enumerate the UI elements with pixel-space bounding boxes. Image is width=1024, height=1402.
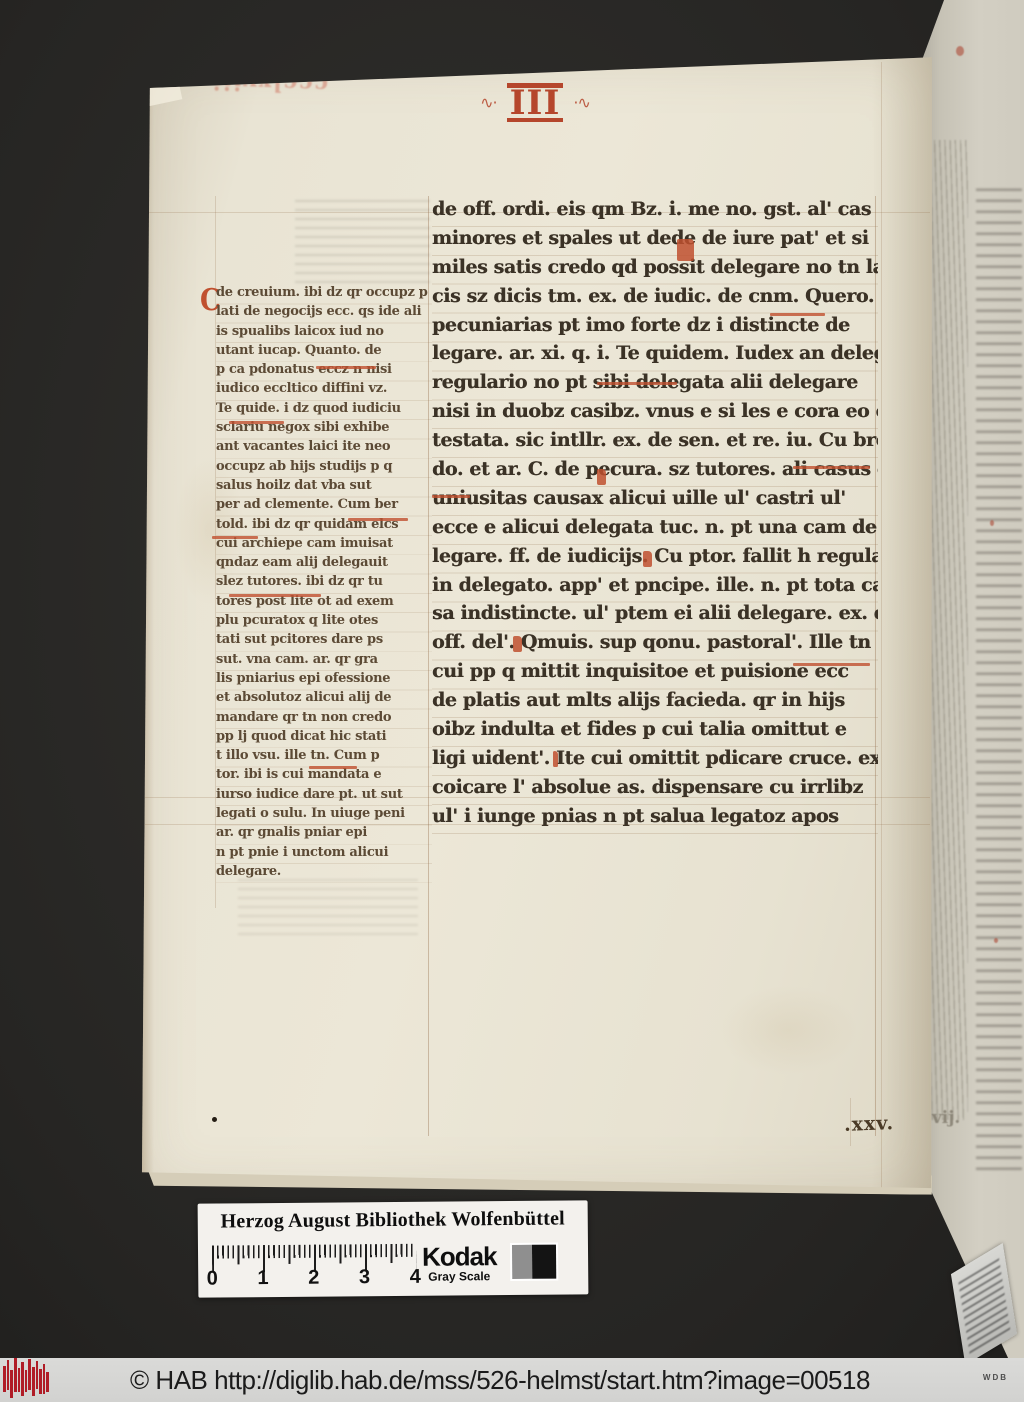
main-text-line: minores et spales ut dede de iure pat' e… <box>432 227 878 256</box>
kodak-brand-label: Kodak <box>422 1241 497 1273</box>
pilcrow-mark <box>597 469 606 485</box>
page-left-edge <box>138 75 154 1185</box>
rubric-underline <box>212 536 258 539</box>
show-through-text <box>238 877 418 935</box>
parchment-stain <box>718 985 858 1075</box>
main-text-line: ul' i iunge pnias n pt salua legatoz apo… <box>432 805 878 834</box>
hab-scale-card: Herzog August Bibliothek Wolfenbüttel 01… <box>198 1200 589 1297</box>
rubric-underline <box>229 594 321 597</box>
gloss-line: lis pniarius epi ofessione <box>216 671 432 690</box>
rubric-underline <box>316 366 376 369</box>
rubric-underline <box>229 421 284 424</box>
rubric-underline <box>597 382 677 385</box>
black-swatch <box>532 1245 556 1279</box>
facing-page-text-column <box>976 180 1022 1170</box>
worm-hole <box>212 1117 217 1122</box>
ruler-numbers: 01234 <box>204 1266 423 1291</box>
page-heading: ∿·III·∿ <box>138 83 932 122</box>
angled-card-text-blur <box>958 1254 1011 1354</box>
gloss-line: qndaz eam alij delegauit <box>216 555 432 574</box>
gloss-column: de creuium. ibi dz qr occupz plati de ne… <box>216 285 432 883</box>
main-text-line: cis sz dicis tm. ex. de iudic. de cnm. Q… <box>432 285 878 314</box>
gloss-line: ar. qr gnalis pniar epi <box>216 825 432 844</box>
main-text-column: de off. ordi. eis qm Bz. i. me no. gst. … <box>432 198 878 834</box>
main-text-line: ecce e alicui delegata tuc. n. pt una ca… <box>432 516 878 545</box>
main-text-line: legare. ar. xi. q. i. Te quidem. Iudex a… <box>432 342 878 371</box>
gloss-line: cui archiepe cam imuisat <box>216 536 432 555</box>
red-ink-speck <box>994 938 998 943</box>
ruler-number: 1 <box>255 1267 271 1290</box>
photo-stage: .vij. ccclxviij ∿·III·∿ C de creu <box>0 0 1024 1402</box>
library-name: Herzog August Bibliothek Wolfenbüttel <box>198 1207 588 1233</box>
pilcrow-mark <box>553 751 558 767</box>
rubric-underline <box>309 766 357 769</box>
gloss-line: plu pcuratox q lite otes <box>216 613 432 632</box>
main-text-line: regulario no pt sibi delegata alii deleg… <box>432 371 878 400</box>
main-text-line: ligi uident'. Ite cui omittit pdicare cr… <box>432 747 878 776</box>
gloss-line: utant iucap. Quanto. de <box>216 343 432 362</box>
rubric-underline <box>793 466 870 469</box>
heading-flourish-right: ·∿ <box>573 93 590 112</box>
gloss-line: lati de negocijs ecc. qs ide ali <box>216 304 432 323</box>
pilcrow-mark <box>513 636 522 652</box>
ruler-number: 0 <box>204 1268 220 1291</box>
gloss-line: Te quide. i dz quod iudiciu <box>216 401 432 420</box>
main-text-line: oibz indulta et fides p cui talia omittu… <box>432 718 878 747</box>
main-text-line: coicare l' absolue as. dispensare cu irr… <box>432 776 878 805</box>
color-registration-mark <box>2 1352 56 1402</box>
wdb-watermark: WDB <box>983 1373 1008 1382</box>
rubric-underline <box>793 663 870 666</box>
main-text-line: de off. ordi. eis qm Bz. i. me no. gst. … <box>432 198 878 227</box>
gloss-line: iudico eccltico diffini vz. <box>216 381 432 400</box>
gloss-line: salus hoilz dat vba sut <box>216 478 432 497</box>
rubric-underline <box>432 495 470 498</box>
show-through-text <box>295 195 430 283</box>
gloss-line: delegare. <box>216 864 432 883</box>
gloss-line: sut. vna cam. ar. qr gra <box>216 652 432 671</box>
heading-flourish-left: ∿· <box>480 93 497 112</box>
gray-swatch <box>512 1245 532 1279</box>
gray-scale-label: Gray Scale <box>428 1269 490 1284</box>
gloss-line: tor. ibi is cui mandata e <box>216 767 432 786</box>
gloss-line: per ad clemente. Cum ber <box>216 497 432 516</box>
gloss-line: et absolutoz alicui alij de <box>216 690 432 709</box>
gloss-line: ant vacantes laici ite neo <box>216 439 432 458</box>
ruler-number: 4 <box>407 1266 423 1289</box>
image-caption: © HAB http://diglib.hab.de/mss/526-helms… <box>0 1365 1000 1396</box>
main-text-line: sa indistincte. ul' ptem ei alii delegar… <box>432 602 878 631</box>
ruler-mm-ticks <box>212 1244 416 1259</box>
main-text-line: nisi in duobz casibz. vnus e si les e co… <box>432 400 878 429</box>
gloss-line: n pt pnie i unctom alicui <box>216 845 432 864</box>
main-text-line: uniusitas causax alicui uille ul' castri… <box>432 487 878 516</box>
main-text-line: in delegato. app' et pncipe. ille. n. pt… <box>432 574 878 603</box>
gloss-line: tati sut pcitores dare ps <box>216 632 432 651</box>
main-text-line: testata. sic intllr. ex. de sen. et re. … <box>432 429 878 458</box>
gloss-line: occupz ab hijs studijs p q <box>216 459 432 478</box>
gloss-line: tores post lite ot ad exem <box>216 594 432 613</box>
rubric-underline <box>770 313 825 316</box>
gloss-line: iurso iudice dare pt. ut sut <box>216 787 432 806</box>
red-ink-speck <box>956 46 964 56</box>
gloss-line: legati o sulu. In uiuge peni <box>216 806 432 825</box>
quire-signature: .xxv. <box>844 1112 895 1136</box>
main-text-line: miles satis credo qd possit delegare no … <box>432 256 878 285</box>
ruler-number: 3 <box>356 1266 372 1289</box>
gloss-line: pp lj quod dicat hic stati <box>216 729 432 748</box>
gloss-line: t illo vsu. ille tn. Cum p <box>216 748 432 767</box>
main-text-line: de platis aut mlts alijs facieda. qr in … <box>432 689 878 718</box>
main-text-line: off. del'. Qmuis. sup qonu. pastoral'. I… <box>432 631 878 660</box>
gloss-line: slez tutores. ibi dz qr tu <box>216 574 432 593</box>
gray-scale-patch <box>510 1243 558 1281</box>
main-text-line: do. et ar. C. de pecura. sz tutores. ali… <box>432 458 878 487</box>
ruler-number: 2 <box>306 1267 322 1290</box>
red-ink-speck <box>990 520 994 526</box>
main-text-line: pecuniarias pt imo forte dz i distincte … <box>432 314 878 343</box>
manuscript-page: ccclxviij ∿·III·∿ C de creuium. ibi dz q… <box>138 55 932 1195</box>
rubric-underline <box>348 518 408 521</box>
main-text-line: legare. ff. de iudicijs. Cu ptor. fallit… <box>432 545 878 574</box>
gloss-line: de creuium. ibi dz qr occupz p <box>216 285 432 304</box>
gloss-line: mandare qr tn non credo <box>216 710 432 729</box>
folio-numeral: III <box>507 83 564 122</box>
ruling-vertical <box>881 62 882 1190</box>
gloss-line: is spualibs laicox iud no <box>216 324 432 343</box>
pilcrow-mark <box>643 551 652 567</box>
pilcrow-mark <box>677 239 694 261</box>
caption-bar: © HAB http://diglib.hab.de/mss/526-helms… <box>0 1358 1024 1402</box>
